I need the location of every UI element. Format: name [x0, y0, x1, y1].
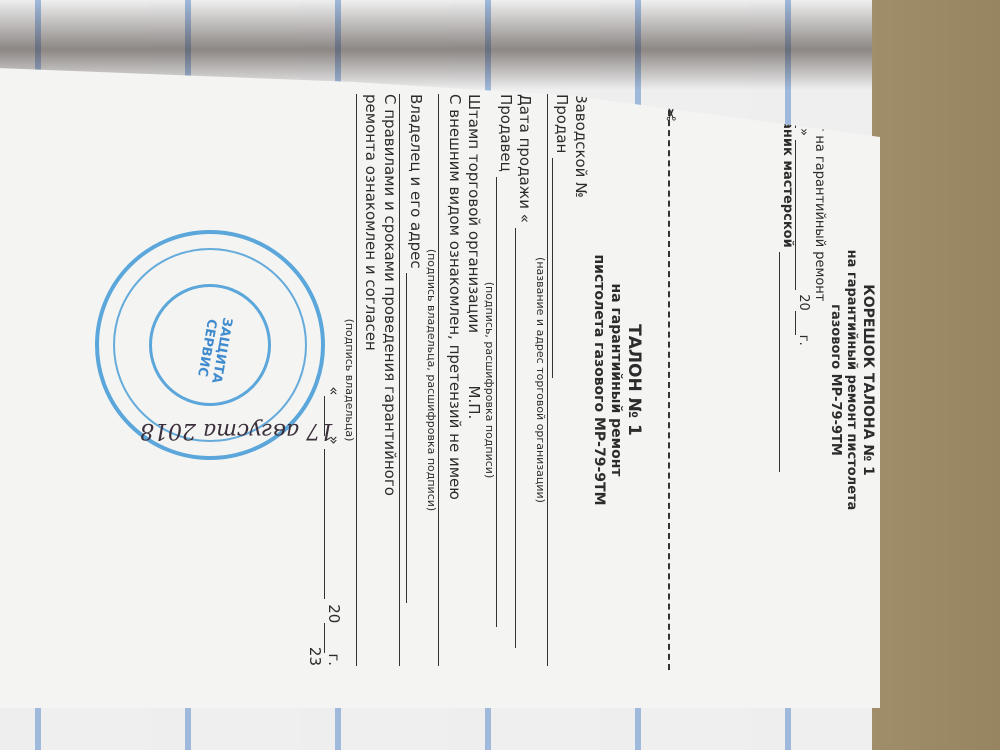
coupon-stub: КОРЕШОК ТАЛОНА № 1 на гарантийный ремонт…: [690, 80, 880, 680]
owner-caption: (подпись владельца, расшифровка подписи): [425, 94, 438, 666]
cut-line: [668, 110, 670, 670]
seller-row: Продавец: [496, 94, 515, 666]
stub-title: КОРЕШОК ТАЛОНА № 1: [859, 90, 876, 670]
owner-address-row: Владелец и его адрес: [406, 94, 425, 666]
rules-row-1: С правилами и сроками проведения гаранти…: [380, 94, 399, 666]
rules-row-2: ремонта ознакомлен и согласен: [361, 94, 380, 666]
appearance-row: С внешним видом ознакомлен, претензий не…: [445, 94, 464, 666]
serial-row: Заводской №: [571, 94, 590, 666]
stub-mechanic-row: Механик мастерской: [779, 90, 795, 670]
sold-caption: (название и адрес торговой организации): [534, 94, 547, 666]
cardboard-cover: [872, 0, 1000, 750]
stub-subtitle-2: газового МР-79-9ТМ: [827, 90, 843, 670]
stamp-row: Штамп торговой организации М.П.: [464, 94, 483, 666]
final-date-row: «» 20г.: [324, 94, 343, 666]
stub-date-row: «» 20г.: [795, 90, 811, 670]
owner-sign-caption: (подпись владельца): [343, 94, 356, 666]
sold-row: Продан: [552, 94, 571, 666]
sale-date-row: Дата продажи «: [515, 94, 534, 666]
coupon-title: ТАЛОН № 1: [624, 94, 644, 666]
seller-caption: (подпись, расшифровка подписи): [483, 94, 496, 666]
stub-subtitle-1: на гарантийный ремонт пистолета: [843, 90, 859, 670]
coupon-subtitle-1: на гарантийный ремонт: [607, 94, 624, 666]
coupon-subtitle-2: пистолета газового МР-79-9ТМ: [590, 94, 607, 666]
warranty-page: КОРЕШОК ТАЛОНА № 1 на гарантийный ремонт…: [0, 20, 880, 708]
stamp-text: ЗАЩИТА СЕРВИС: [190, 292, 239, 406]
sale-date-handwriting: 17 августа 2018: [140, 418, 334, 443]
stub-withdrawn-label: Изъят на гарантийный ремонт: [811, 90, 827, 670]
